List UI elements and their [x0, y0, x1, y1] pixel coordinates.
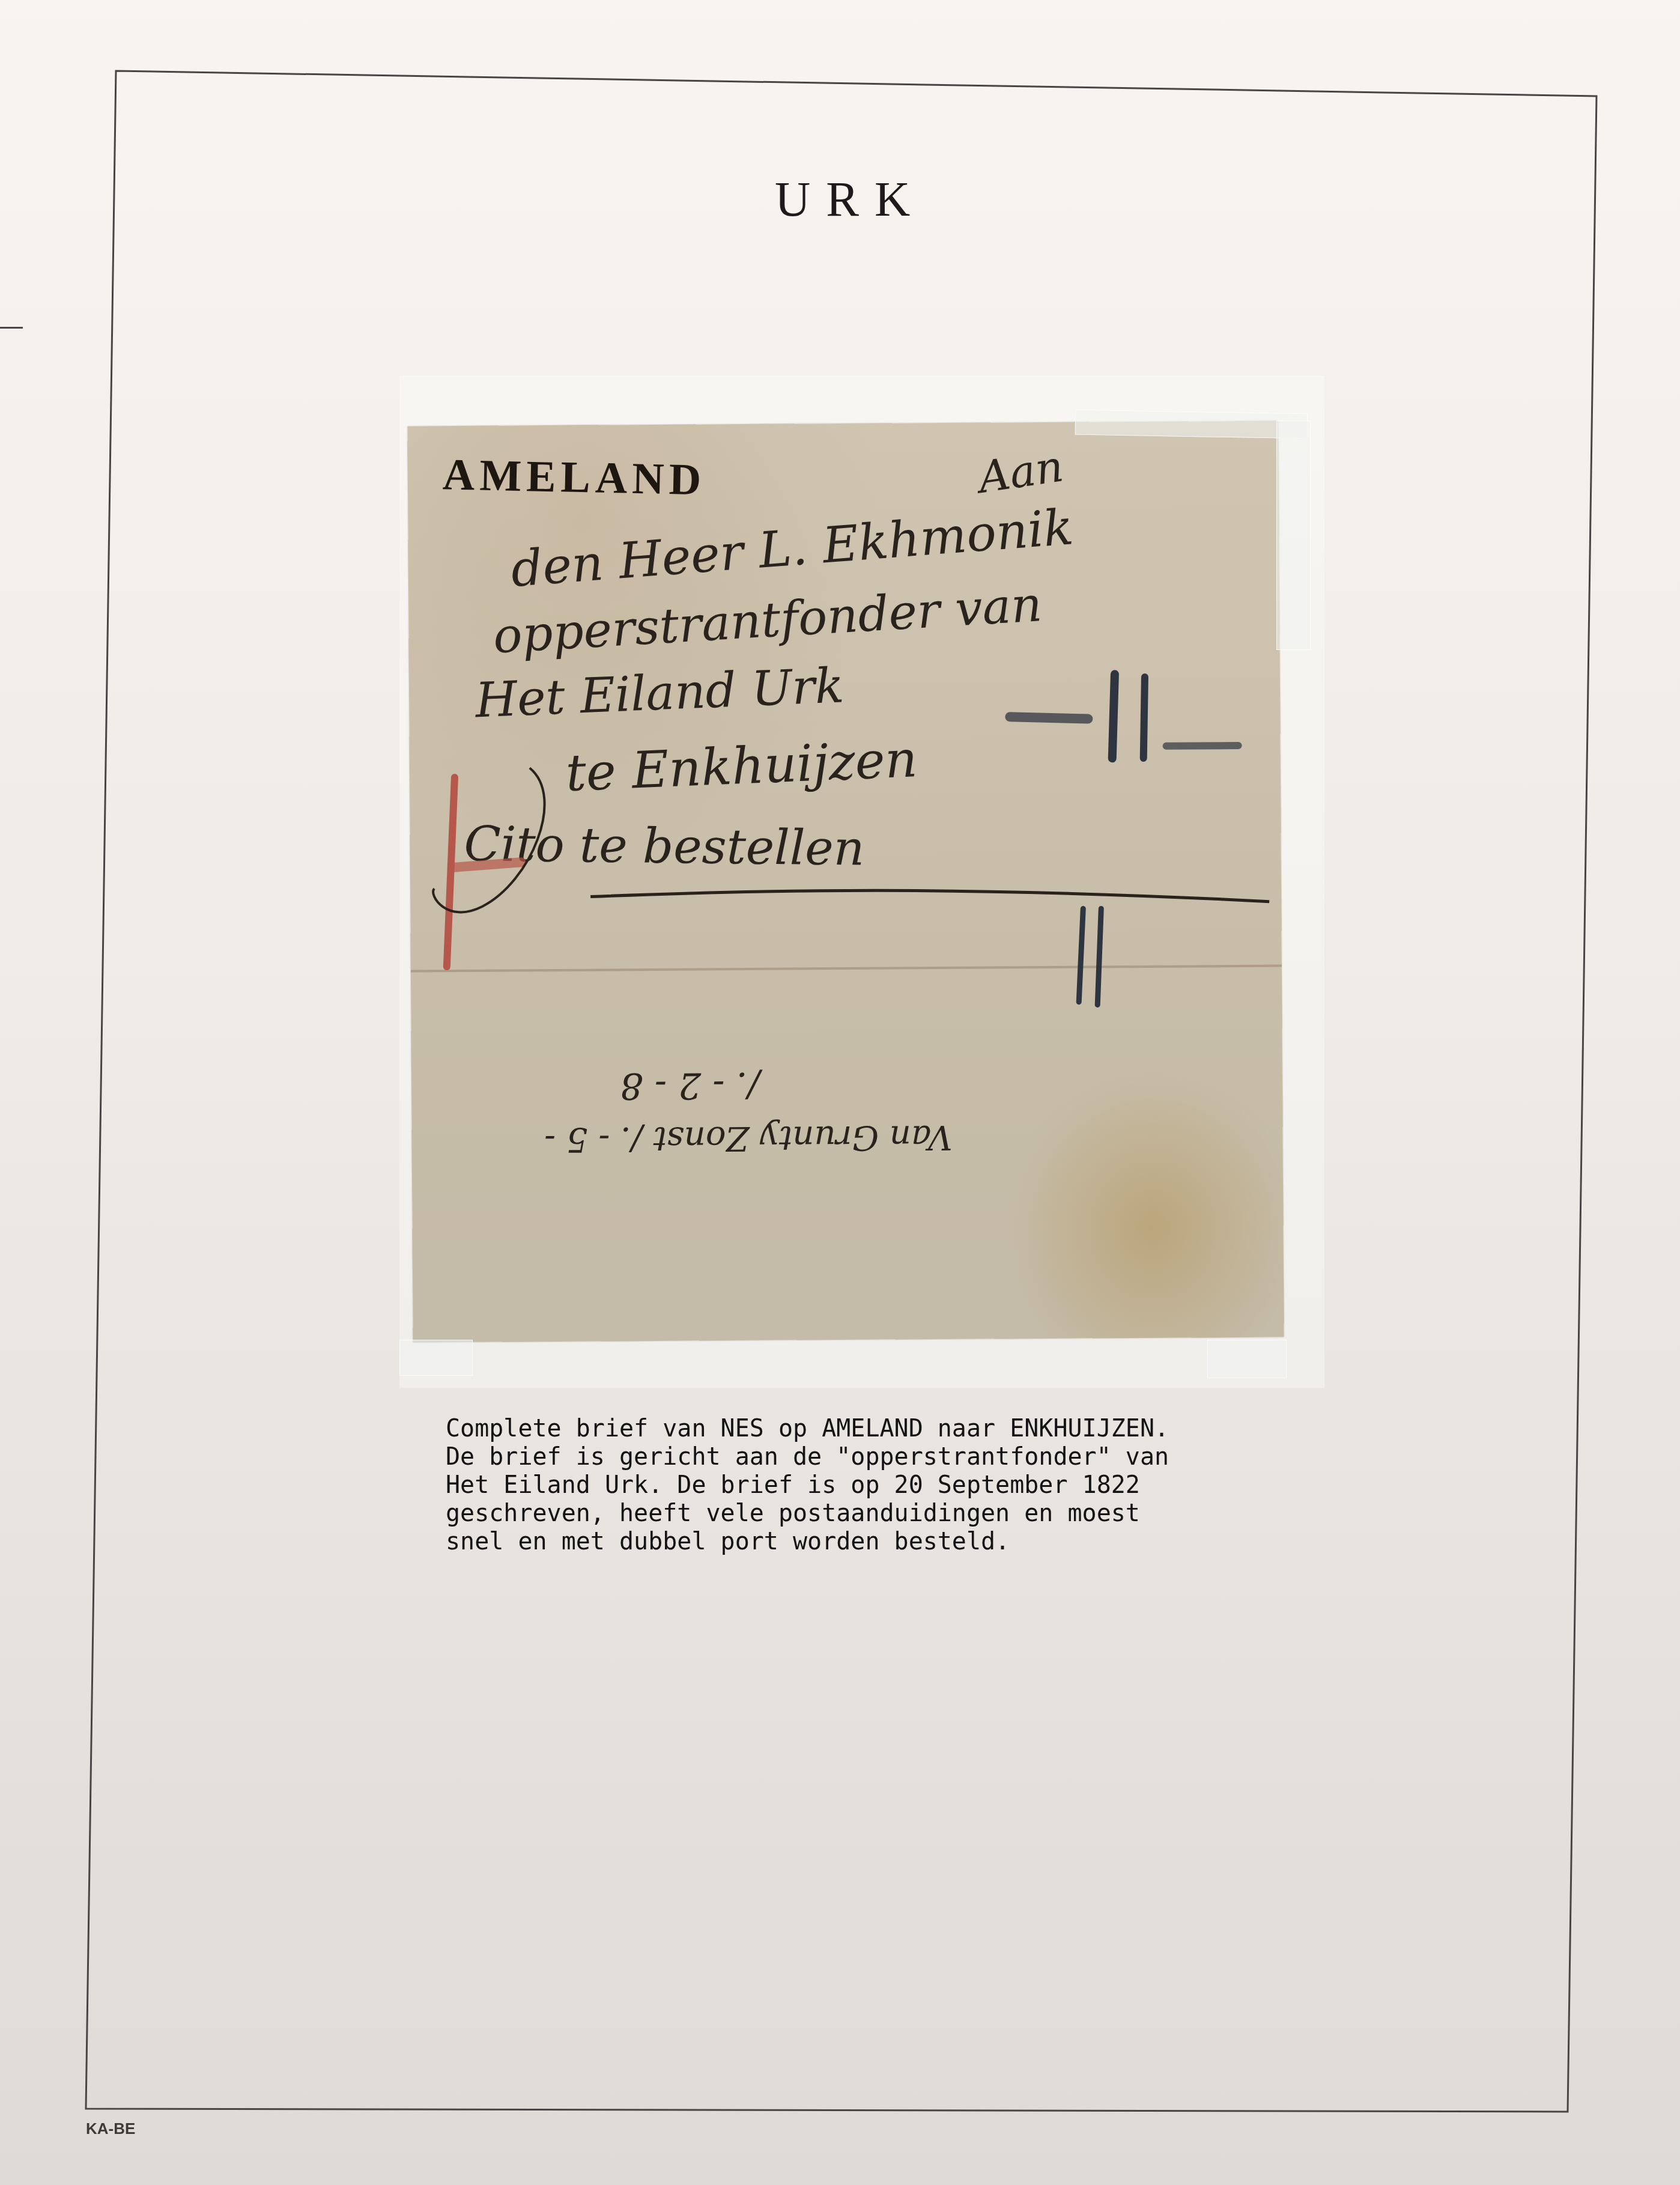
photo-corner-bottom-right	[1207, 1340, 1287, 1378]
double-port-mark-lower	[1078, 908, 1102, 1004]
photo-corner-right-side	[1276, 421, 1311, 650]
postal-markings-layer: /. - 2 - 8 Van Grunty Zonst /. - 5 -	[407, 421, 1284, 1343]
folded-letter-cover: AMELAND Aan den Heer L. Ekhmonik opperst…	[407, 421, 1284, 1343]
description-caption: Complete brief van NES op AMELAND naar E…	[446, 1415, 1287, 1556]
margin-tick-mark	[0, 327, 23, 329]
caption-line: De brief is gericht aan de "opperstrantf…	[446, 1443, 1287, 1471]
reverse-note-signature: Van Grunty Zonst /. - 5 -	[544, 1117, 953, 1159]
caption-line: Het Eiland Urk. De brief is op 20 Septem…	[446, 1471, 1287, 1500]
caption-line: Complete brief van NES op AMELAND naar E…	[446, 1415, 1287, 1443]
publisher-label: KA-BE	[86, 2120, 135, 2138]
reverse-notes: /. - 2 - 8 Van Grunty Zonst /. - 5 -	[544, 1063, 952, 1159]
photo-corner-top-right	[1075, 410, 1308, 439]
page-title: URK	[775, 171, 925, 228]
caption-line: snel en met dubbel port worden besteld.	[446, 1528, 1287, 1556]
red-crayon-cross	[446, 777, 522, 967]
caption-line: geschreven, heeft vele postaanduidingen …	[446, 1500, 1287, 1528]
photo-corner-bottom-left	[399, 1340, 473, 1376]
double-port-mark-upper	[1010, 673, 1239, 759]
ink-horizontal-rule	[590, 888, 1269, 906]
reverse-note-figures: /. - 2 - 8	[620, 1064, 763, 1107]
